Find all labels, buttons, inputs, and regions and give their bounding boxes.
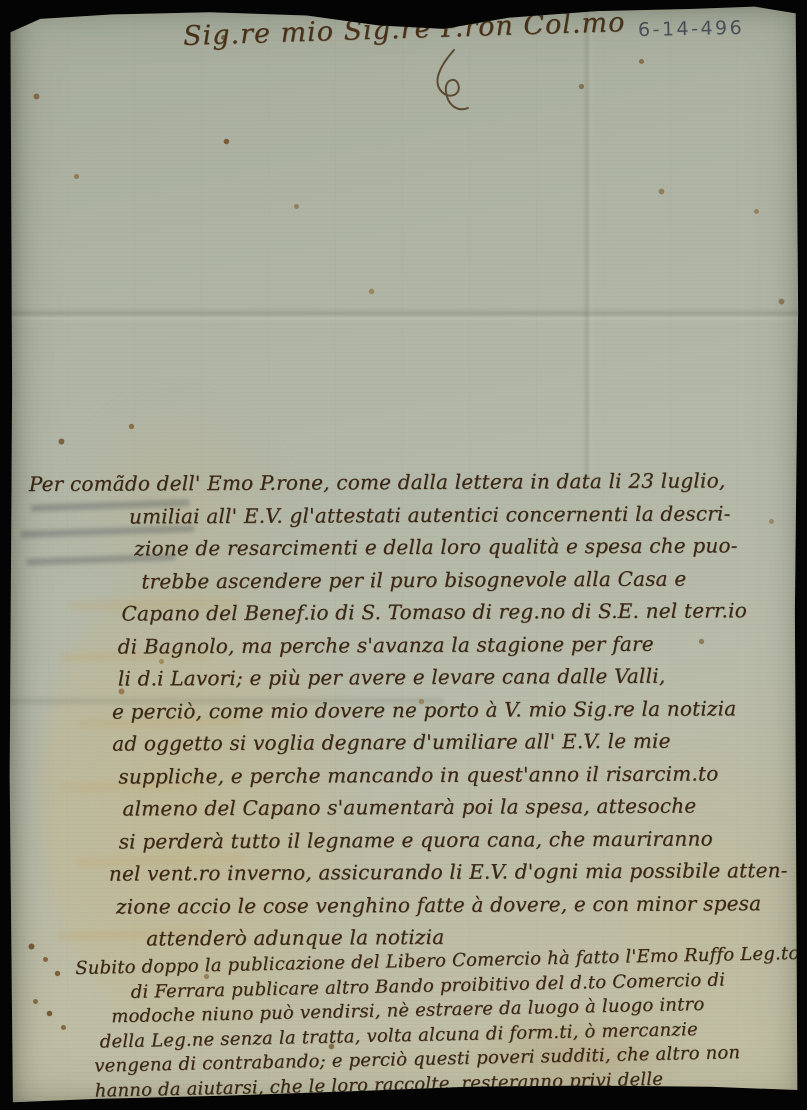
letter-line: umiliai all' E.V. gl'attestati autentici… [29, 496, 799, 533]
letter-line: ad oggetto si voglia degnare d'umiliare … [30, 724, 800, 761]
letter-line: zione de resarcimenti e della loro quali… [29, 529, 799, 566]
letter-line: nel vent.ro inverno, assicurando li E.V.… [31, 854, 801, 891]
letter-line: Capano del Benef.io di S. Tomaso di reg.… [29, 594, 799, 631]
paragraph: Subito doppo la publicazione del Libero … [30, 941, 803, 1104]
salutation: Sig.re mio Sig.re P.ron Col.mo [183, 7, 626, 52]
letter-line: si perderà tutto il legname e quora cana… [31, 821, 801, 858]
pen-flourish-icon [420, 48, 480, 118]
horizontal-fold-crease [0, 308, 807, 322]
letter-line: di Bagnolo, ma perche s'avanza la stagio… [30, 626, 800, 663]
letter-line: trebbe ascendere per il puro bisognevole… [29, 561, 799, 598]
paragraph: Per comãdo dell' Emo P.rone, come dalla … [29, 464, 802, 956]
letter-line: zione accio le cose venghino fatte à dov… [31, 886, 801, 923]
letter-line: li d.i Lavori; e più per avere e levare … [30, 659, 800, 696]
letter-line: e perciò, come mio dovere ne porto à V. … [30, 691, 800, 728]
vertical-fold-crease [583, 8, 593, 478]
letter-line: Per comãdo dell' Emo P.rone, come dalla … [29, 464, 799, 501]
manuscript-page: Sig.re mio Sig.re P.ron Col.mo 6-14-496 … [0, 0, 807, 1110]
letter-line: suppliche, e perche mancando in quest'an… [30, 756, 800, 793]
photo-backdrop: Sig.re mio Sig.re P.ron Col.mo 6-14-496 … [0, 0, 807, 1110]
letter-body: Per comãdo dell' Emo P.rone, come dalla … [30, 468, 800, 1105]
letter-line: almeno del Capano s'aumentarà poi la spe… [30, 789, 800, 826]
catalog-number: 6-14-496 [638, 17, 745, 41]
foxing-spots [0, 0, 3, 3]
